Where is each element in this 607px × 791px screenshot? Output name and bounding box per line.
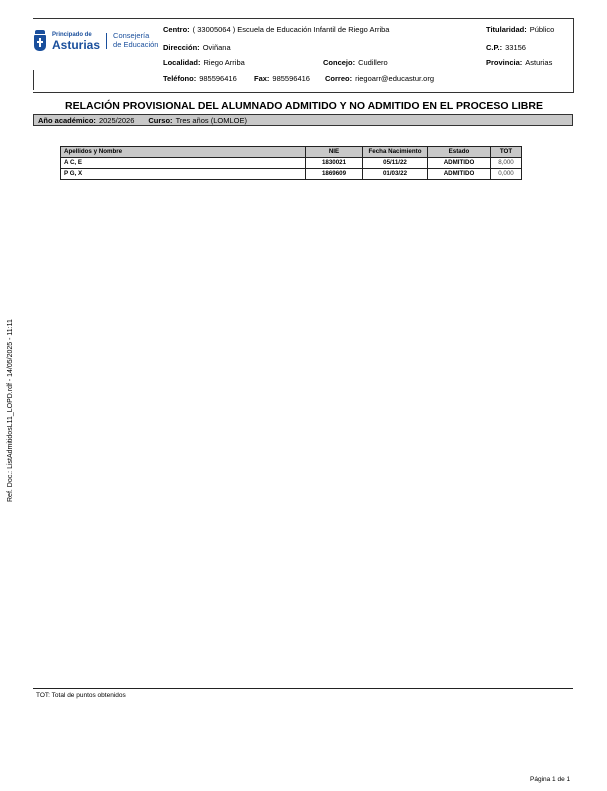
year-value: 2025/2026 (99, 116, 134, 125)
logo-divider (106, 33, 107, 49)
course-value: Tres años (LOMLOE) (176, 116, 247, 125)
correo-field: Correo:riegoarr@educastur.org (325, 74, 434, 83)
titularidad-field: Titularidad:Público (486, 25, 554, 34)
page-number: Página 1 de 1 (530, 776, 570, 783)
year-label: Año académico: (38, 116, 96, 125)
dept-line2: de Educación (113, 41, 158, 50)
logo-line1: Principado de (52, 32, 100, 38)
footer-divider (33, 688, 573, 689)
academic-info-bar: Año académico:2025/2026Curso:Tres años (… (33, 114, 573, 126)
students-table: Apellidos y Nombre NIE Fecha Nacimiento … (60, 146, 522, 180)
col-nie: NIE (306, 147, 363, 158)
col-estado: Estado (428, 147, 491, 158)
table-row: A C, E 1830021 05/11/22 ADMITIDO 8,000 (61, 158, 522, 169)
col-name: Apellidos y Nombre (61, 147, 306, 158)
direccion-field: Dirección:Oviñana (163, 43, 231, 52)
provincia-field: Provincia:Asturias (486, 58, 552, 67)
document-title: RELACIÓN PROVISIONAL DEL ALUMNADO ADMITI… (30, 100, 578, 112)
course-label: Curso: (148, 116, 172, 125)
shield-icon (34, 35, 46, 51)
asturias-logo: Principado de Asturias Consejería de Edu… (34, 31, 158, 51)
concejo-field: Concejo:Cudillero (323, 58, 388, 67)
header-border (33, 70, 34, 90)
footnote: TOT: Total de puntos obtenidos (36, 692, 126, 699)
logo-line2: Asturias (52, 39, 100, 51)
col-tot: TOT (491, 147, 522, 158)
fax-field: Fax:985596416 (254, 74, 310, 83)
cp-field: C.P.:33156 (486, 43, 526, 52)
telefono-field: Teléfono:985596416 (163, 74, 237, 83)
side-reference: Ref. Doc.: ListAdmitidosL11_LOPD.rdf - 1… (7, 319, 14, 502)
table-header-row: Apellidos y Nombre NIE Fecha Nacimiento … (61, 147, 522, 158)
centro-field: Centro:( 33005064 ) Escuela de Educación… (163, 25, 389, 34)
col-fecha: Fecha Nacimiento (363, 147, 428, 158)
localidad-field: Localidad:Riego Arriba (163, 58, 245, 67)
table-row: P G, X 1869609 01/03/22 ADMITIDO 0,000 (61, 169, 522, 180)
